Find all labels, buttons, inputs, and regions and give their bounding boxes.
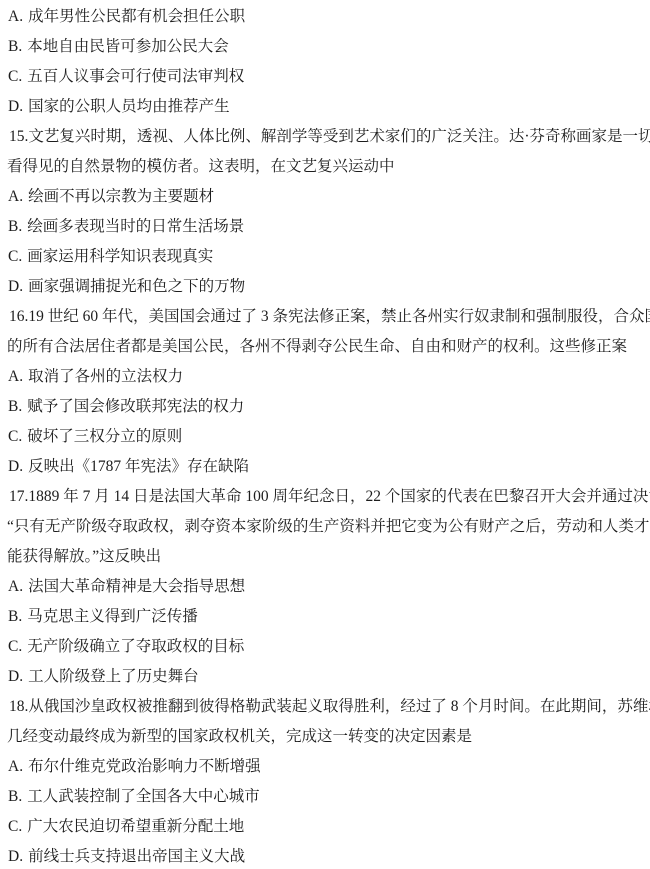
question-stem-line: 18.从俄国沙皇政权被推翻到彼得格勒武装起义取得胜利，经过了 8 个月时间。在此…	[0, 692, 650, 722]
option-label: B.	[8, 782, 22, 812]
question-stem-line: 几经变动最终成为新型的国家政权机关，完成这一转变的决定因素是	[0, 722, 650, 752]
option-row-b: B.赋予了国会修改联邦宪法的权力	[0, 392, 650, 422]
option-text: 成年男性公民都有机会担任公职	[28, 8, 245, 25]
option-text: 广大农民迫切希望重新分配土地	[27, 818, 244, 835]
question-stem-line: 17.1889 年 7 月 14 日是法国大革命 100 周年纪念日，22 个国…	[0, 482, 650, 512]
option-label: A.	[8, 182, 23, 212]
option-label: B.	[8, 602, 22, 632]
option-row-b: B.绘画多表现当时的日常生活场景	[0, 212, 650, 242]
question-number: 15.	[9, 128, 28, 145]
exam-page: A.成年男性公民都有机会担任公职 B.本地自由民皆可参加公民大会 C.五百人议事…	[0, 0, 650, 869]
option-label: B.	[8, 32, 22, 62]
option-row-a: A.取消了各州的立法权力	[0, 362, 650, 392]
option-label: D.	[8, 92, 23, 122]
option-text: 工人武装控制了全国各大中心城市	[27, 788, 260, 805]
option-row-d: D.国家的公职人员均由推荐产生	[0, 92, 650, 122]
option-label: B.	[8, 392, 22, 422]
option-text: 画家运用科学知识表现真实	[27, 248, 213, 265]
stem-text: 从俄国沙皇政权被推翻到彼得格勒武装起义取得胜利，经过了 8 个月时间。在此期间，…	[28, 698, 650, 715]
option-text: 画家强调捕捉光和色之下的万物	[28, 278, 245, 295]
option-row-d: D.画家强调捕捉光和色之下的万物	[0, 272, 650, 302]
question-17: 17.1889 年 7 月 14 日是法国大革命 100 周年纪念日，22 个国…	[0, 482, 650, 692]
option-row-a: A.成年男性公民都有机会担任公职	[0, 2, 650, 32]
question-stem-line: 看得见的自然景物的模仿者。这表明，在文艺复兴运动中	[0, 152, 650, 182]
option-label: D.	[8, 452, 23, 482]
option-text: 绘画不再以宗教为主要题材	[28, 188, 214, 205]
option-text: 马克思主义得到广泛传播	[27, 608, 198, 625]
question-15: 15.文艺复兴时期，透视、人体比例、解剖学等受到艺术家们的广泛关注。达·芬奇称画…	[0, 122, 650, 302]
option-text: 破坏了三权分立的原则	[27, 428, 182, 445]
question-number: 17.	[9, 488, 28, 505]
option-label: D.	[8, 272, 23, 302]
option-text: 国家的公职人员均由推荐产生	[28, 98, 230, 115]
option-text: 法国大革命精神是大会指导思想	[28, 578, 245, 595]
option-label: C.	[8, 242, 22, 272]
option-label: D.	[8, 662, 23, 692]
question-14-options: A.成年男性公民都有机会担任公职 B.本地自由民皆可参加公民大会 C.五百人议事…	[0, 2, 650, 122]
option-row-d: D.反映出《1787 年宪法》存在缺陷	[0, 452, 650, 482]
option-label: B.	[8, 212, 22, 242]
option-row-b: B.本地自由民皆可参加公民大会	[0, 32, 650, 62]
option-label: C.	[8, 62, 22, 92]
option-text: 布尔什维克党政治影响力不断增强	[28, 758, 261, 775]
option-row-a: A.法国大革命精神是大会指导思想	[0, 572, 650, 602]
option-text: 前线士兵支持退出帝国主义大战	[28, 848, 245, 865]
option-row-b: B.马克思主义得到广泛传播	[0, 602, 650, 632]
option-label: D.	[8, 842, 23, 869]
option-label: A.	[8, 362, 23, 392]
option-text: 五百人议事会可行使司法审判权	[27, 68, 244, 85]
option-row-c: C.画家运用科学知识表现真实	[0, 242, 650, 272]
option-text: 工人阶级登上了历史舞台	[28, 668, 199, 685]
option-row-b: B.工人武装控制了全国各大中心城市	[0, 782, 650, 812]
question-16: 16.19 世纪 60 年代，美国国会通过了 3 条宪法修正案，禁止各州实行奴隶…	[0, 302, 650, 482]
option-label: C.	[8, 632, 22, 662]
question-stem-line: 16.19 世纪 60 年代，美国国会通过了 3 条宪法修正案，禁止各州实行奴隶…	[0, 302, 650, 332]
option-text: 无产阶级确立了夺取政权的目标	[27, 638, 244, 655]
question-number: 18.	[9, 698, 28, 715]
question-stem-line: 15.文艺复兴时期，透视、人体比例、解剖学等受到艺术家们的广泛关注。达·芬奇称画…	[0, 122, 650, 152]
option-row-a: A.绘画不再以宗教为主要题材	[0, 182, 650, 212]
question-stem-line: 的所有合法居住者都是美国公民，各州不得剥夺公民生命、自由和财产的权利。这些修正案	[0, 332, 650, 362]
option-text: 本地自由民皆可参加公民大会	[27, 38, 229, 55]
question-stem-line: 能获得解放。”这反映出	[0, 542, 650, 572]
option-row-a: A.布尔什维克党政治影响力不断增强	[0, 752, 650, 782]
question-number: 16.	[9, 308, 28, 325]
option-text: 反映出《1787 年宪法》存在缺陷	[28, 458, 249, 475]
option-row-d: D.工人阶级登上了历史舞台	[0, 662, 650, 692]
option-row-c: C.破坏了三权分立的原则	[0, 422, 650, 452]
stem-text: 19 世纪 60 年代，美国国会通过了 3 条宪法修正案，禁止各州实行奴隶制和强…	[28, 308, 650, 325]
option-row-c: C.五百人议事会可行使司法审判权	[0, 62, 650, 92]
option-text: 赋予了国会修改联邦宪法的权力	[27, 398, 244, 415]
option-row-c: C.无产阶级确立了夺取政权的目标	[0, 632, 650, 662]
option-row-c: C.广大农民迫切希望重新分配土地	[0, 812, 650, 842]
stem-text: 1889 年 7 月 14 日是法国大革命 100 周年纪念日，22 个国家的代…	[28, 488, 650, 505]
option-text: 取消了各州的立法权力	[28, 368, 183, 385]
option-label: A.	[8, 752, 23, 782]
question-18: 18.从俄国沙皇政权被推翻到彼得格勒武装起义取得胜利，经过了 8 个月时间。在此…	[0, 692, 650, 869]
option-label: C.	[8, 422, 22, 452]
option-label: A.	[8, 572, 23, 602]
option-label: A.	[8, 2, 23, 32]
stem-text: 文艺复兴时期，透视、人体比例、解剖学等受到艺术家们的广泛关注。达·芬奇称画家是一…	[28, 128, 650, 145]
option-row-d: D.前线士兵支持退出帝国主义大战	[0, 842, 650, 869]
question-stem-line: “只有无产阶级夺取政权，剥夺资本家阶级的生产资料并把它变为公有财产之后，劳动和人…	[0, 512, 650, 542]
option-label: C.	[8, 812, 22, 842]
option-text: 绘画多表现当时的日常生活场景	[27, 218, 244, 235]
